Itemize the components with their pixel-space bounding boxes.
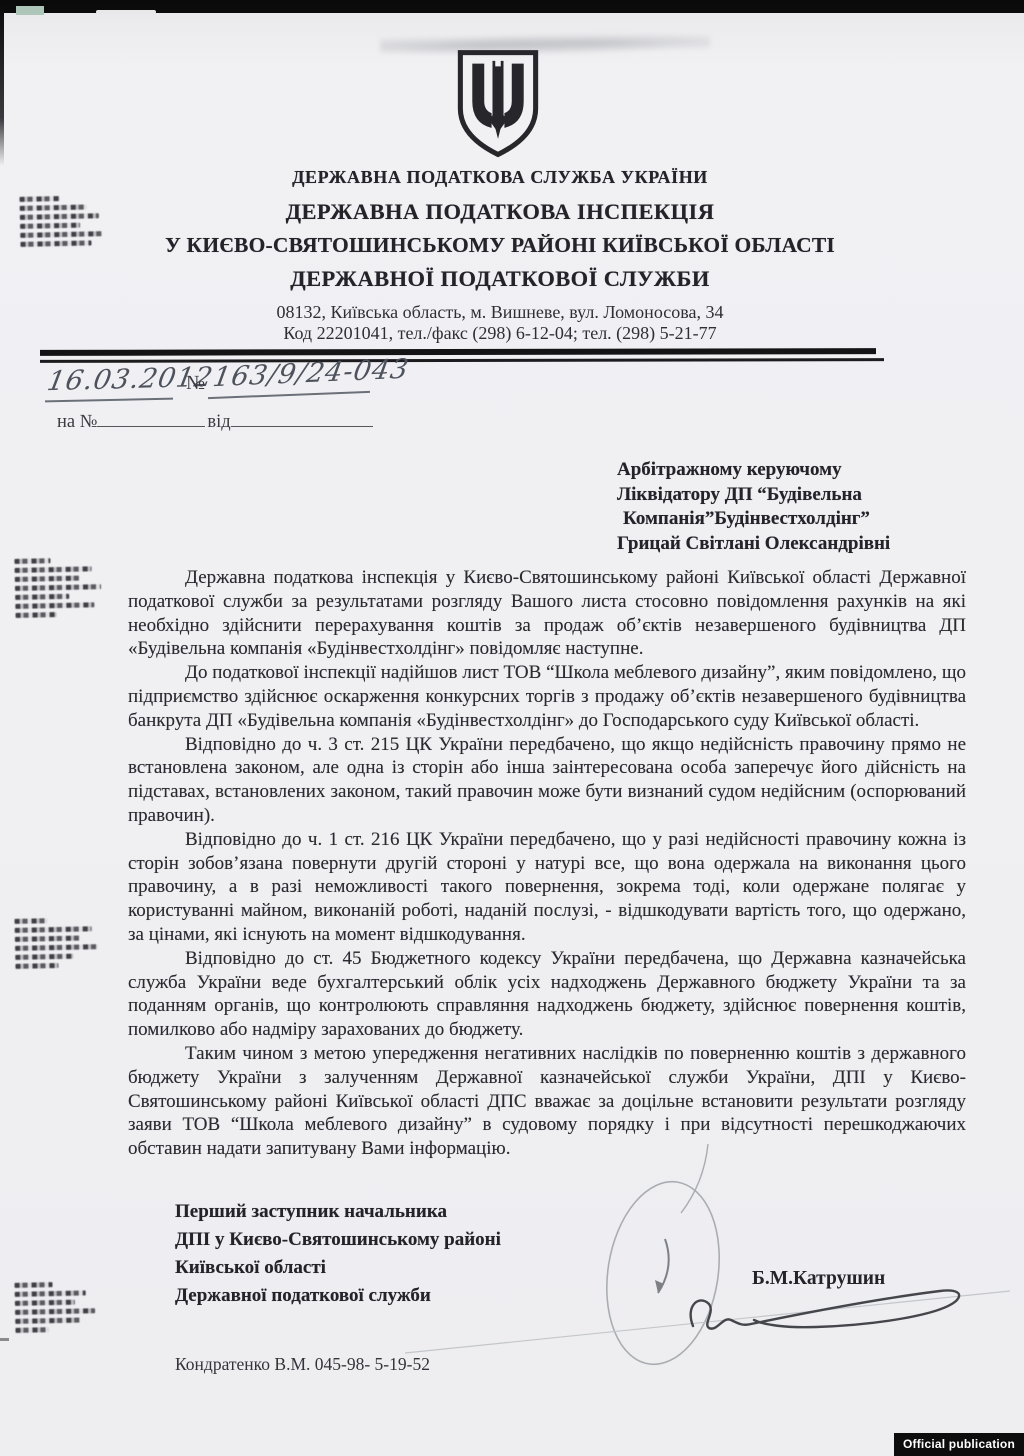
org-name-line2: ДЕРЖАВНА ПОДАТКОВА ІНСПЕКЦІЯ xyxy=(65,199,935,225)
ukraine-trident-emblem xyxy=(452,48,544,160)
addressee-block: Арбітражному керуючому Ліквідатору ДП “Б… xyxy=(617,458,890,556)
header-divider-thick xyxy=(40,348,876,356)
executor-reference: Кондратенко В.М. 045-98- 5-19-52 xyxy=(175,1354,430,1375)
addressee-line: Грицай Світлані Олександрівні xyxy=(617,532,890,557)
body-paragraph: До податкової інспекції надійшов лист ТО… xyxy=(128,661,966,732)
reply-reference-line: на №від xyxy=(57,412,373,433)
addressee-line: Ліквідатору ДП “Будівельна xyxy=(617,483,890,508)
blank-line xyxy=(97,412,205,427)
signatory-position-line: Перший заступник начальника xyxy=(175,1198,501,1226)
reply-number-label: на № xyxy=(57,412,97,432)
body-paragraph: Державна податкова інспекція у Києво-Свя… xyxy=(128,566,966,661)
official-publication-badge: Official publication xyxy=(894,1433,1024,1456)
signatory-position-line: ДПІ у Києво-Святошинському районі xyxy=(175,1226,501,1254)
ink-smudge-artifact xyxy=(14,553,105,622)
scan-smear-artifact xyxy=(380,34,710,54)
org-name-line3: У КИЄВО-СВЯТОШИНСЬКОМУ РАЙОНІ КИЇВСЬКОЇ … xyxy=(65,233,935,258)
scanner-edge-strip xyxy=(0,6,1024,13)
body-paragraph: Відповідно до ст. 45 Бюджетного кодексу … xyxy=(128,947,966,1042)
signatory-position-line: Державної податкової служби xyxy=(175,1282,501,1310)
ink-smudge-artifact xyxy=(14,913,101,973)
addressee-line: Компанія”Будінвестхолдінг” xyxy=(617,507,890,532)
header-divider-thin xyxy=(40,358,884,362)
body-paragraph: Відповідно до ч. 3 ст. 215 ЦК України пе… xyxy=(128,733,966,828)
corner-tab-artifact xyxy=(16,6,44,15)
handwritten-underline xyxy=(45,398,173,403)
scanned-letter-page: ДЕРЖАВНА ПОДАТКОВА СЛУЖБА УКРАЇНИ ДЕРЖАВ… xyxy=(0,6,1024,1456)
signatory-position-block: Перший заступник начальника ДПІ у Києво-… xyxy=(175,1198,501,1310)
org-name-line1: ДЕРЖАВНА ПОДАТКОВА СЛУЖБА УКРАЇНИ xyxy=(65,167,935,188)
number-sign: № xyxy=(186,372,205,395)
letter-body: Державна податкова інспекція у Києво-Свя… xyxy=(128,566,966,1161)
body-paragraph: Відповідно до ч. 1 ст. 216 ЦК України пе… xyxy=(128,828,966,947)
edge-mark-artifact xyxy=(0,1338,9,1341)
ink-smudge-artifact xyxy=(14,1277,101,1337)
org-name-line4: ДЕРЖАВНОЇ ПОДАТКОВОЇ СЛУЖБИ xyxy=(65,266,935,292)
org-address: 08132, Київська область, м. Вишневе, вул… xyxy=(65,302,935,323)
scanner-left-edge xyxy=(0,6,4,166)
signer-name: Б.М.Катрушин xyxy=(752,1268,885,1290)
body-paragraph: Таким чином з метою упередження негативн… xyxy=(128,1042,966,1161)
org-contacts: Код 22201041, тел./факс (298) 6-12-04; т… xyxy=(65,323,935,344)
signatory-position-line: Київської області xyxy=(175,1254,501,1282)
blank-line xyxy=(231,412,373,427)
reply-date-label: від xyxy=(207,412,230,432)
addressee-line: Арбітражному керуючому xyxy=(617,458,890,483)
